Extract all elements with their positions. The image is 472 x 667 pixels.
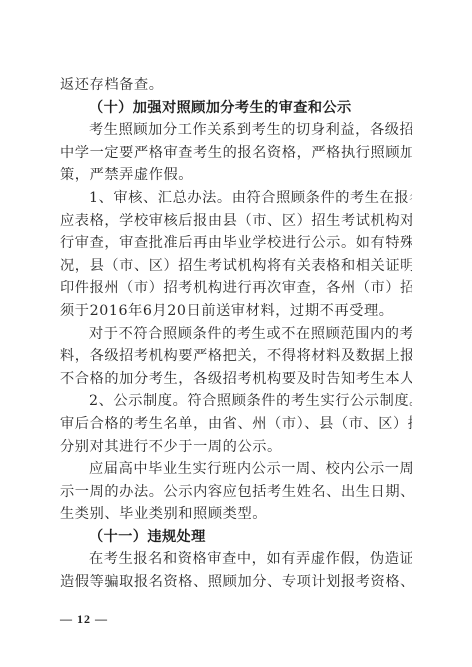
text-line: 中学一定要严格审查考生的报名资格，严格执行照顾加分政 bbox=[60, 142, 412, 165]
text-line: 不合格的加分考生，各级招考机构要及时告知考生本人。 bbox=[60, 368, 412, 391]
text-line: 策，严禁弄虚作假。 bbox=[60, 164, 412, 187]
document-page: 返还存档备查。 （十）加强对照顾加分考生的审查和公示 考生照顾加分工作关系到考生… bbox=[0, 0, 472, 667]
document-body: 返还存档备查。 （十）加强对照顾加分考生的审查和公示 考生照顾加分工作关系到考生… bbox=[60, 74, 412, 594]
text-line: 示一周的办法。公示内容应包括考生姓名、出生日期、民族、考 bbox=[60, 481, 412, 504]
text-line: 造假等骗取报名资格、照顾加分、专项计划报考资格、随迁报考 bbox=[60, 571, 412, 594]
text-line: 在考生报名和资格审查中，如有弄虚作假，伪造证件、资格 bbox=[60, 548, 412, 571]
text-line: 1、审核、汇总办法。由符合照顾条件的考生在报名点填写相 bbox=[60, 187, 412, 210]
page-number: — 12 — bbox=[60, 612, 108, 627]
text-line: 行审查，审查批准后再由毕业学校进行公示。如有特殊情 bbox=[60, 232, 412, 255]
text-line: 考生照顾加分工作关系到考生的切身利益，各级招考机构、各 bbox=[60, 119, 412, 142]
text-line: 2、公示制度。符合照顾条件的考生实行公示制度。初审、复 bbox=[60, 390, 412, 413]
text-line: 审后合格的考生名单，由省、州（市）、县（市、区）招考机构 bbox=[60, 413, 412, 436]
section-heading-10: （十）加强对照顾加分考生的审查和公示 bbox=[60, 97, 412, 120]
text-line: 料，各级招考机构要严格把关，不得将材料及数据上报。对复审 bbox=[60, 345, 412, 368]
text-line: 印件报州（市）招考机构进行再次审查，各州（市）招考机构必 bbox=[60, 277, 412, 300]
text-line: 对于不符合照顾条件的考生或不在照顾范围内的考生材 bbox=[60, 323, 412, 346]
text-line: 分别对其进行不少于一周的公示。 bbox=[60, 436, 412, 459]
text-line: 应表格，学校审核后报由县（市、区）招生考试机构对其材料进 bbox=[60, 210, 412, 233]
text-line: 返还存档备查。 bbox=[60, 74, 412, 97]
text-line: 须于2016年6月20日前送审材料，过期不再受理。 bbox=[60, 300, 412, 323]
text-line: 生类别、毕业类别和照顾类型。 bbox=[60, 503, 412, 526]
text-line: 况，县（市、区）招生考试机构将有关表格和相关证明、证书复 bbox=[60, 255, 412, 278]
section-heading-11: （十一）违规处理 bbox=[60, 526, 412, 549]
text-line: 应届高中毕业生实行班内公示一周、校内公示一周、省级公 bbox=[60, 458, 412, 481]
